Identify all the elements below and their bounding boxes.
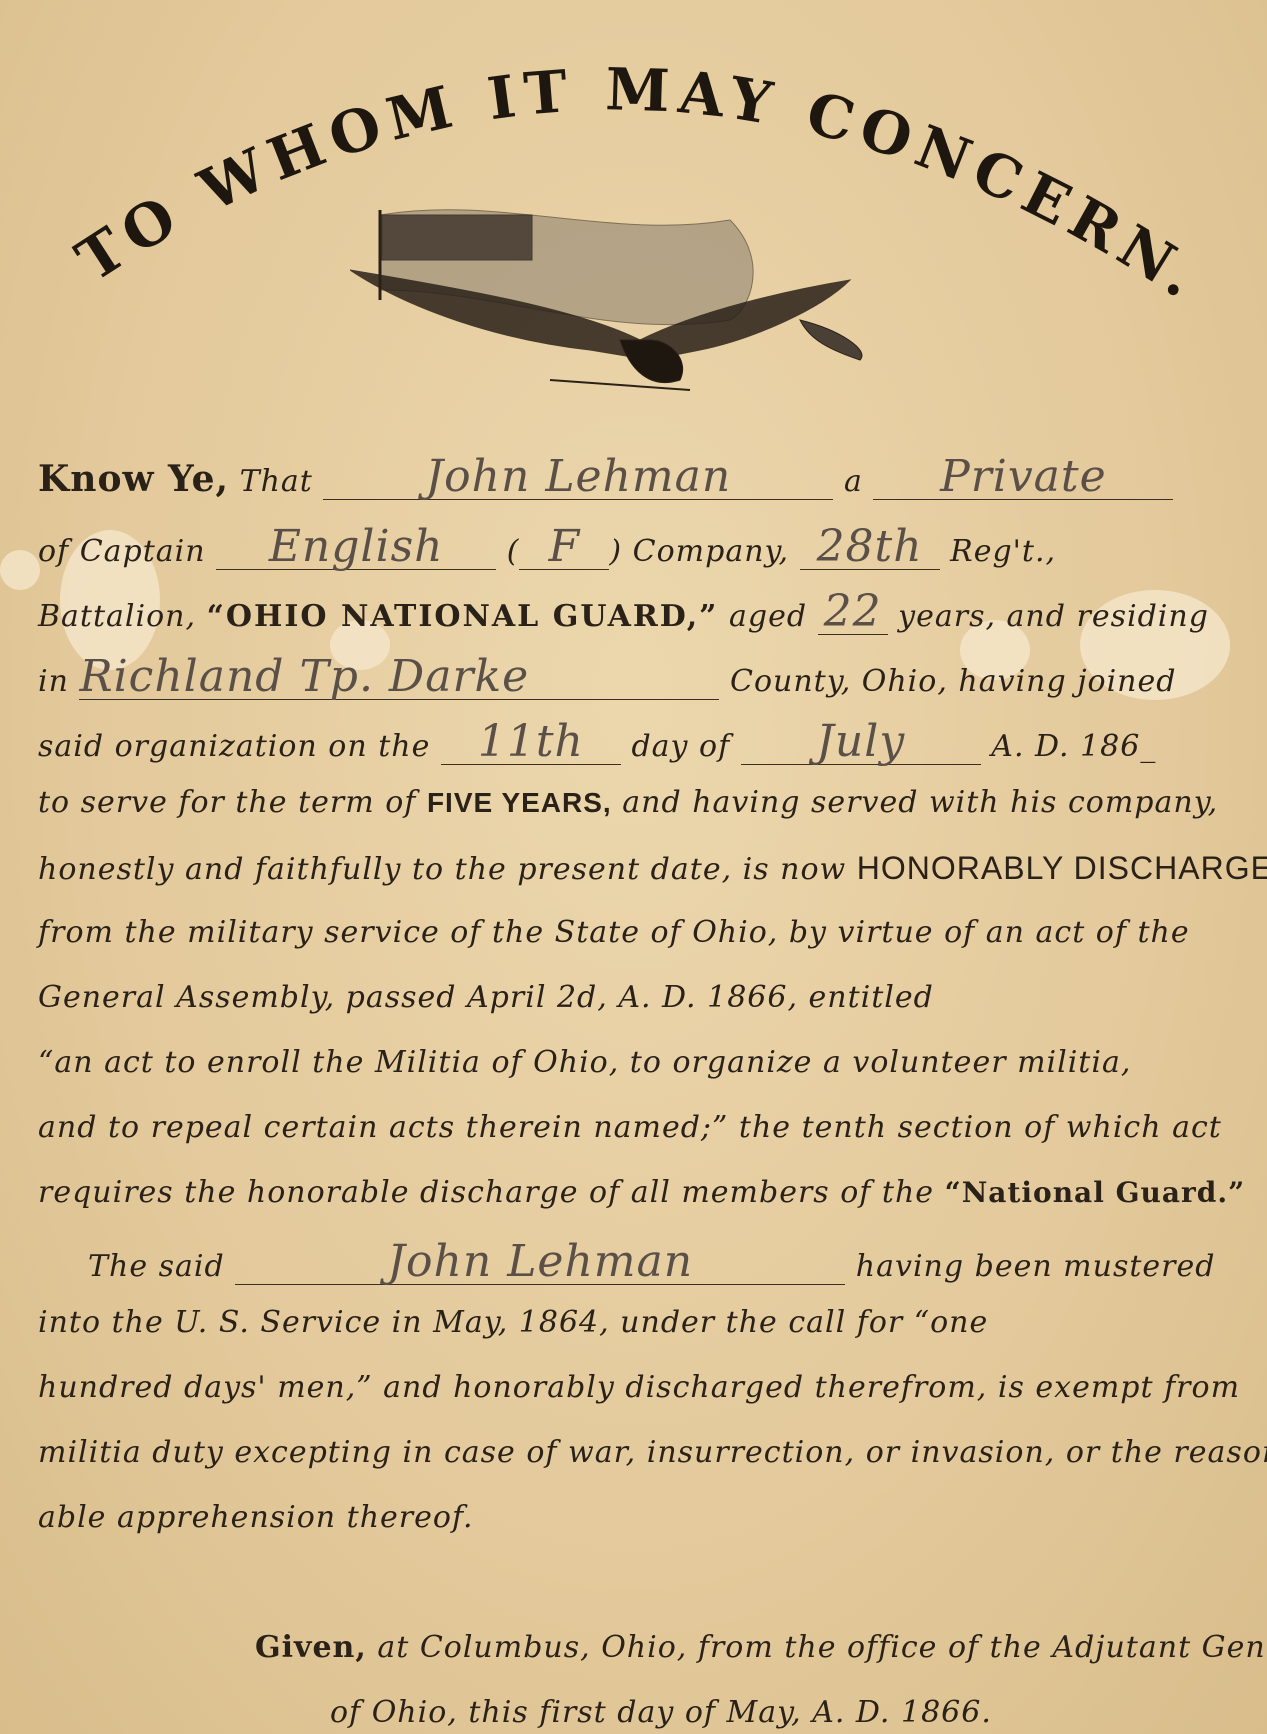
- body-line: General Assembly, passed April 2d, A. D.…: [38, 980, 1238, 1015]
- body-line: militia duty excepting in case of war, i…: [38, 1435, 1238, 1470]
- label-now: honestly and faithfully to the present d…: [38, 852, 846, 887]
- label-year: A. D. 186_: [991, 729, 1156, 764]
- field-company-letter: F: [519, 525, 609, 570]
- field-age: 22: [818, 590, 888, 635]
- field-soldier-name-2: John Lehman: [235, 1240, 845, 1285]
- line-requires: requires the honorable discharge of all …: [38, 1175, 1238, 1210]
- discharge-status: HONORABLY DISCHARGED: [857, 850, 1267, 886]
- line-said: The said John Lehman having been mustere…: [38, 1240, 1267, 1285]
- body-line: and to repeal certain acts therein named…: [38, 1110, 1238, 1145]
- label-county: County, Ohio, having joined: [730, 664, 1176, 699]
- line-term: to serve for the term of FIVE YEARS, and…: [38, 785, 1238, 820]
- label-aged: aged: [729, 599, 807, 634]
- label-that: That: [240, 464, 313, 499]
- label-in: in: [38, 664, 69, 699]
- field-captain: English: [216, 525, 496, 570]
- label-years-residing: years, and residing: [898, 599, 1209, 634]
- line-residence: in Richland Tp. Darke County, Ohio, havi…: [38, 655, 1238, 700]
- discharge-certificate: TO WHOM IT MAY CONCERN. Know Ye, That Jo…: [0, 0, 1267, 1734]
- body-text: requires the honorable discharge of all …: [38, 1175, 934, 1210]
- body-line: hundred days' men,” and honorably discha…: [38, 1370, 1238, 1405]
- know-ye: Know Ye,: [38, 458, 229, 500]
- line-given: Given, at Columbus, Ohio, from the offic…: [255, 1630, 1255, 1665]
- label-served: and having served with his company,: [622, 785, 1218, 820]
- given-text: at Columbus, Ohio, from the office of th…: [377, 1630, 1267, 1665]
- label-battalion: Battalion,: [38, 599, 196, 634]
- body-line: into the U. S. Service in May, 1864, und…: [38, 1305, 1238, 1340]
- line-status: honestly and faithfully to the present d…: [38, 850, 1238, 887]
- national-guard-label: “National Guard.”: [945, 1176, 1246, 1209]
- field-day: 11th: [441, 720, 621, 765]
- label-regt: Reg't.,: [950, 534, 1056, 569]
- label-mustered: having been mustered: [856, 1249, 1216, 1284]
- line-joined: said organization on the 11th day of Jul…: [38, 720, 1238, 765]
- eagle-and-flag-icon: [350, 200, 950, 430]
- label-joined: said organization on the: [38, 729, 430, 764]
- field-rank: Private: [873, 455, 1173, 500]
- field-month: July: [741, 720, 981, 765]
- date-line: of Ohio, this first day of May, A. D. 18…: [330, 1695, 1230, 1730]
- body-line: from the military service of the State o…: [38, 915, 1238, 950]
- given-label: Given,: [255, 1630, 367, 1665]
- label-company: Company,: [633, 534, 789, 569]
- label-captain: of Captain: [38, 534, 206, 569]
- field-soldier-name: John Lehman: [323, 455, 833, 500]
- line-captain: of Captain English (F) Company, 28th Reg…: [38, 525, 1238, 570]
- label-term: to serve for the term of: [38, 785, 416, 820]
- line-name: Know Ye, That John Lehman a Private: [38, 455, 1238, 500]
- field-residence: Richland Tp. Darke: [79, 655, 719, 700]
- field-regiment: 28th: [800, 525, 940, 570]
- org-name: “OHIO NATIONAL GUARD,”: [207, 599, 719, 634]
- line-battalion: Battalion, “OHIO NATIONAL GUARD,” aged 2…: [38, 590, 1238, 635]
- body-line: able apprehension thereof.: [38, 1500, 1238, 1535]
- term-value: FIVE YEARS,: [427, 787, 612, 818]
- label-a: a: [844, 464, 863, 499]
- body-line: “an act to enroll the Militia of Ohio, t…: [38, 1045, 1238, 1080]
- label-day-of: day of: [631, 729, 730, 764]
- label-the-said: The said: [88, 1249, 225, 1284]
